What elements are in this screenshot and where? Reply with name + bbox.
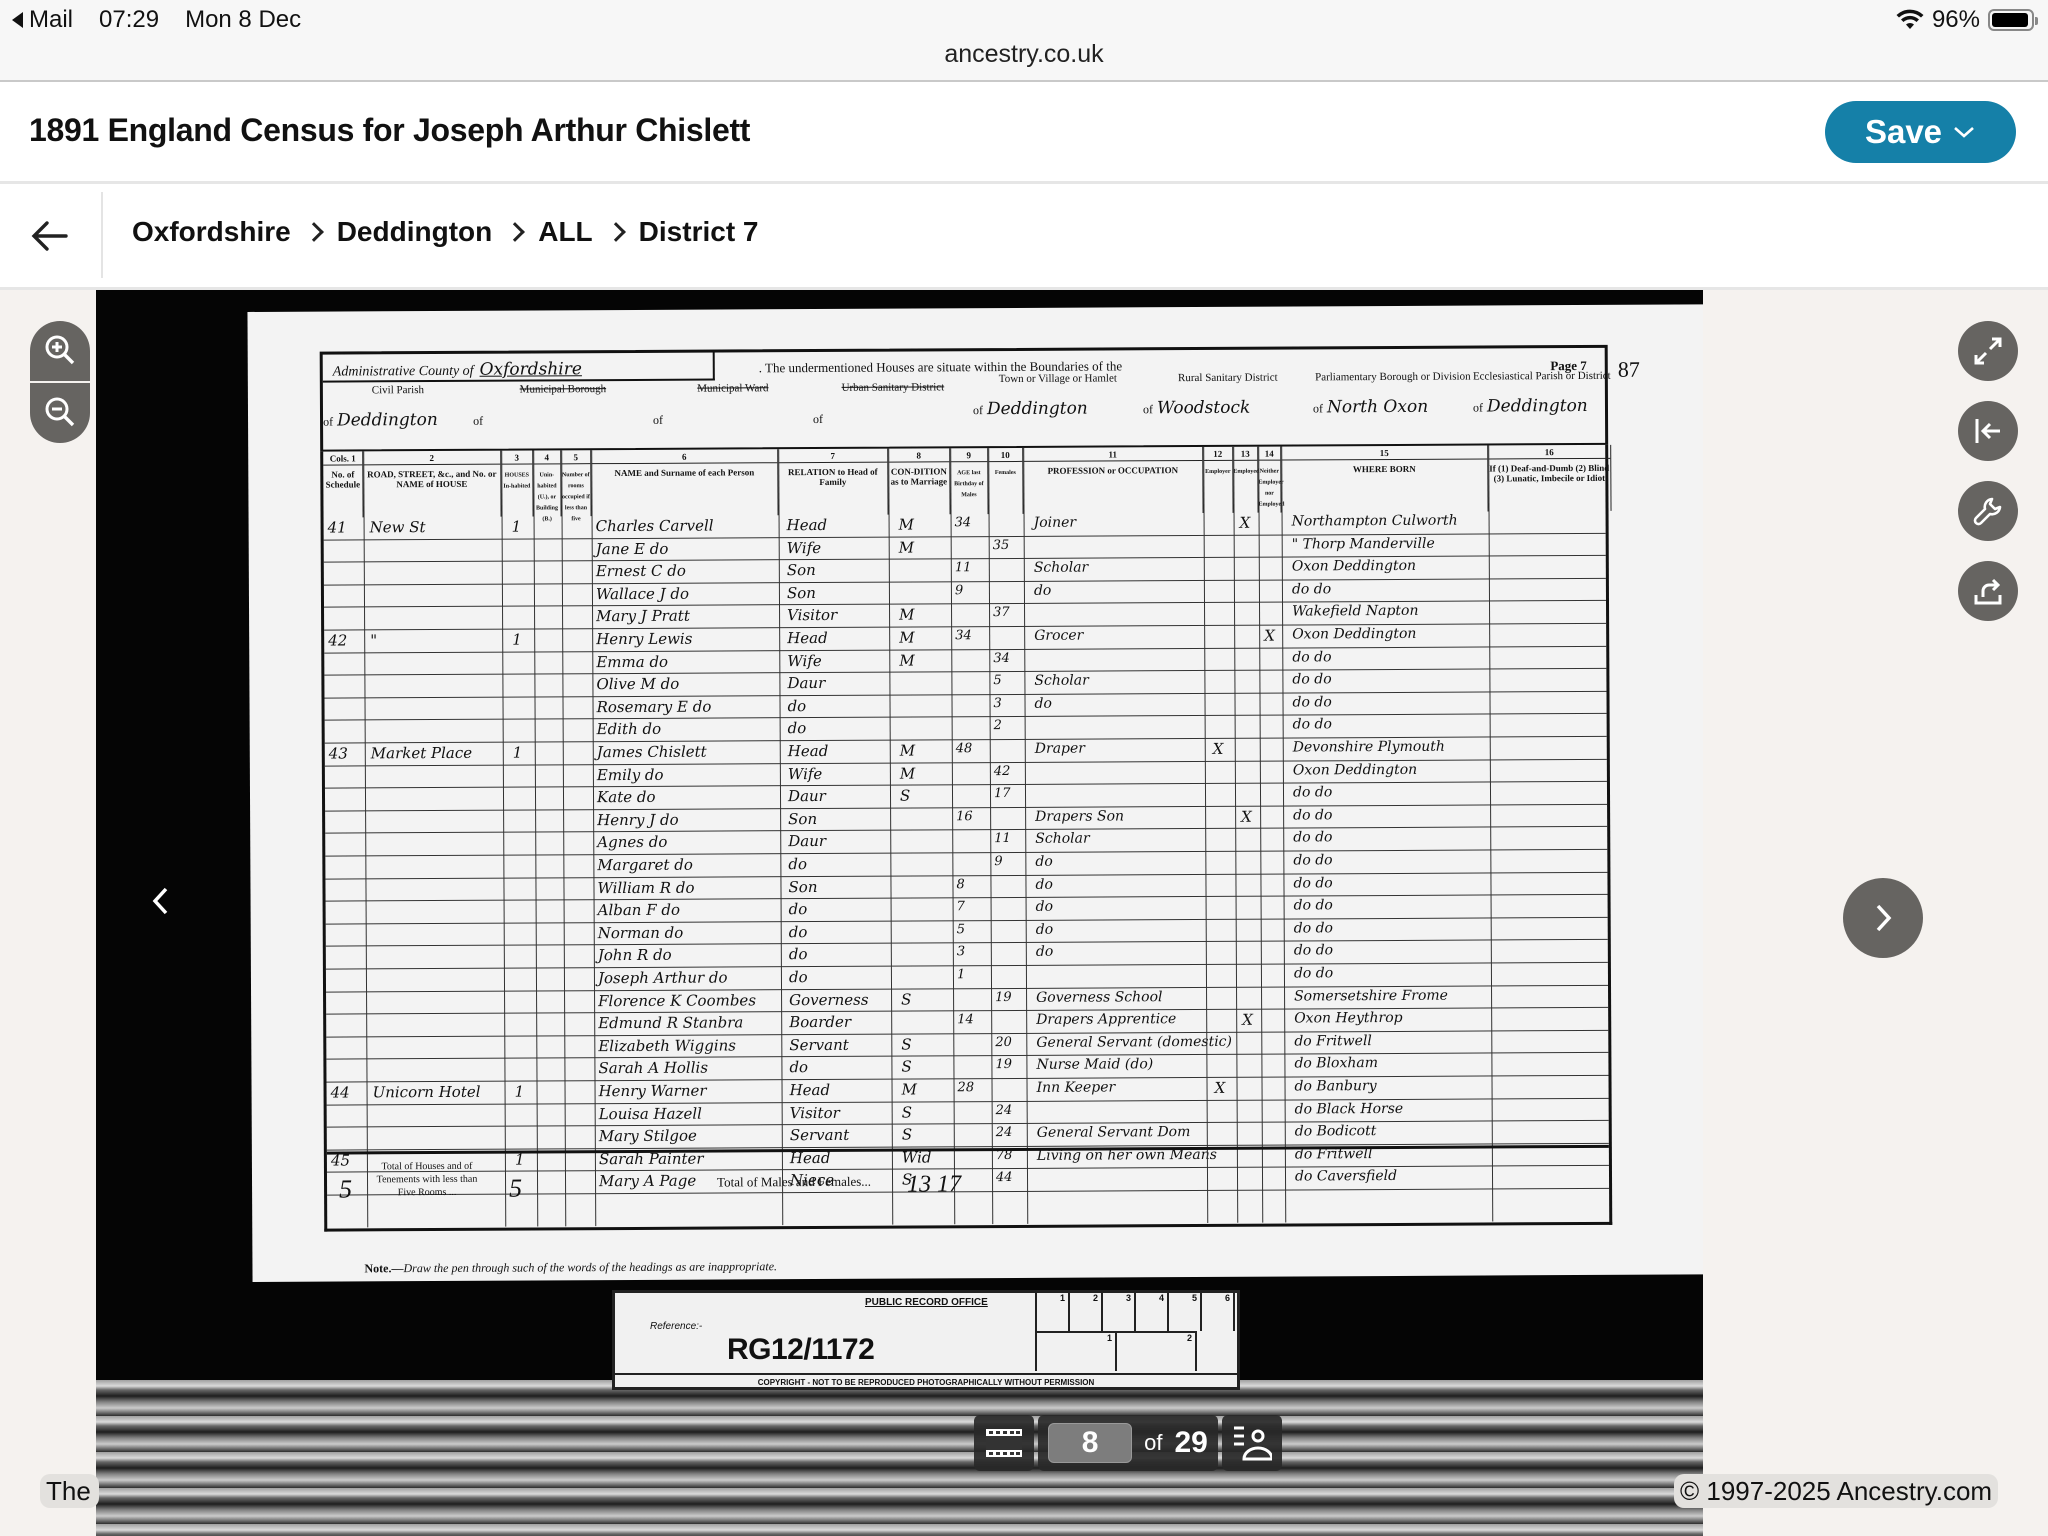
cell-male: 7 <box>957 899 965 914</box>
breadcrumb-bar: Oxfordshire Deddington ALL District 7 <box>0 184 2048 290</box>
cell-rel: Son <box>787 584 816 602</box>
cell-name: Edith do <box>597 720 662 738</box>
chevron-right-icon <box>505 222 525 242</box>
cell-born: " Thorp Manderville <box>1292 535 1435 552</box>
cell-inh: 1 <box>512 518 522 536</box>
cell-male: 16 <box>956 809 973 824</box>
cell-born: Oxon Deddington <box>1292 558 1416 575</box>
column-header: 3HOUSES In-habited <box>501 450 533 516</box>
cell-address: Market Place <box>371 744 472 763</box>
cell-rel: do <box>789 900 808 918</box>
cell-rel: Head <box>787 629 828 647</box>
scale-mark: 2 <box>1070 1293 1103 1331</box>
boundary-field: Rural Sanitary DistrictofWoodstock <box>1143 371 1313 418</box>
cell-born: do do <box>1292 694 1331 710</box>
boundary-field: Municipal Wardof <box>653 382 813 429</box>
cell-born: do do <box>1294 920 1333 936</box>
url-bar[interactable]: ancestry.co.uk <box>0 40 2048 69</box>
cell-rel: do <box>789 968 808 986</box>
cell-name: Florence K Coombes <box>598 991 756 1010</box>
cell-born: Northampton Culworth <box>1292 513 1458 530</box>
cell-sched: 41 <box>328 518 347 536</box>
cell-rel: do <box>788 855 807 873</box>
record-header: 1891 England Census for Joseph Arthur Ch… <box>0 82 2048 184</box>
total-schedules: 5 <box>339 1174 352 1204</box>
next-image-button[interactable] <box>1843 878 1923 958</box>
cell-male: 34 <box>955 515 972 530</box>
cell-born: do do <box>1292 671 1331 687</box>
cell-rel: Daur <box>788 832 826 850</box>
cell-born: do Bloxham <box>1294 1055 1378 1071</box>
cell-born: do do <box>1292 649 1331 665</box>
cell-cond: S <box>901 990 911 1008</box>
page-number-input[interactable] <box>1048 1423 1132 1463</box>
breadcrumb-item-district[interactable]: District 7 <box>639 216 759 248</box>
cell-born: do do <box>1293 852 1332 868</box>
cell-cond: M <box>900 764 915 782</box>
cell-rel: Head <box>790 1081 831 1099</box>
chevron-left-icon <box>148 883 172 919</box>
cell-sched: 42 <box>328 631 347 649</box>
cell-rel: do <box>789 1058 808 1076</box>
cell-empd: X <box>1240 514 1251 532</box>
cell-name: Kate do <box>597 788 656 806</box>
cell-female: 19 <box>995 990 1012 1005</box>
pro-reference-label: Reference:- <box>650 1321 702 1332</box>
cell-born: Oxon Deddington <box>1292 626 1416 643</box>
cell-emp: X <box>1213 740 1224 758</box>
cell-rel: Daur <box>787 674 825 692</box>
cell-born: Oxon Deddington <box>1293 761 1417 778</box>
cell-rel: Wife <box>787 652 821 670</box>
cell-born: do do <box>1294 965 1333 981</box>
boundary-field: Ecclesiastical Parish or DistrictofDeddi… <box>1473 370 1611 417</box>
share-button[interactable] <box>1958 561 2018 621</box>
cell-rel: Governess <box>789 990 869 1008</box>
people-index-button[interactable] <box>1222 1415 1282 1471</box>
cell-female: 37 <box>993 605 1010 620</box>
total-pages: 29 <box>1174 1426 1207 1460</box>
cell-name: Jane E do <box>596 539 669 557</box>
cell-name: Henry Lewis <box>596 630 692 649</box>
totals-row: 5 Total of Houses and of Tenements with … <box>327 1145 1609 1228</box>
cell-female: 9 <box>994 854 1002 869</box>
cell-occ: Grocer <box>1034 628 1083 644</box>
wifi-icon <box>1896 9 1924 31</box>
cell-male: 11 <box>955 560 972 575</box>
zoom-in-icon <box>43 333 77 367</box>
page-counter: of 29 <box>1038 1415 1218 1471</box>
cell-female: 42 <box>994 764 1011 779</box>
cell-born: do Fritwell <box>1294 1033 1372 1049</box>
save-button[interactable]: Save <box>1825 101 2016 163</box>
cell-rel: do <box>789 923 808 941</box>
previous-image-button[interactable] <box>140 882 180 922</box>
cell-name: Elizabeth Wiggins <box>598 1036 736 1055</box>
cell-born: Somersetshire Frome <box>1294 987 1448 1004</box>
breadcrumb: Oxfordshire Deddington ALL District 7 <box>132 216 759 248</box>
cell-name: Joseph Arthur do <box>598 968 728 987</box>
cell-born: do do <box>1293 830 1332 846</box>
cell-name: Emily do <box>597 765 664 783</box>
cell-name: Mary Stilgoe <box>599 1127 697 1146</box>
census-image[interactable]: Administrative County ofOxfordshire . Th… <box>96 290 1703 1536</box>
cell-male: 34 <box>955 628 972 643</box>
cell-name: Olive M do <box>596 675 679 693</box>
document-header-box: Administrative County ofOxfordshire . Th… <box>320 345 1609 452</box>
cell-born: do Banbury <box>1294 1078 1376 1094</box>
scale-mark: 1 <box>1037 1331 1117 1371</box>
cell-rel: Son <box>788 878 817 896</box>
cell-rel: Servant <box>790 1126 850 1144</box>
cell-rel: Wife <box>788 765 822 783</box>
folio-number: 87 <box>1618 357 1640 383</box>
cell-sched: 44 <box>331 1083 350 1101</box>
battery-percent: 96% <box>1932 6 1980 34</box>
cell-female: 24 <box>996 1103 1013 1118</box>
cell-born: Devonshire Plymouth <box>1293 739 1445 756</box>
total-males: 13 <box>907 1171 931 1198</box>
cell-name: Henry Warner <box>599 1082 707 1101</box>
cell-occ: Scholar <box>1034 560 1088 576</box>
cell-female: 19 <box>995 1057 1012 1072</box>
wrench-icon <box>1972 495 2004 527</box>
public-record-office-label: PUBLIC RECORD OFFICE Reference:- RG12/11… <box>612 1290 1240 1390</box>
chevron-right-icon <box>1871 900 1895 936</box>
scale-mark: 3 <box>1103 1293 1136 1331</box>
cell-male: 48 <box>956 741 973 756</box>
cell-cond: M <box>899 606 914 624</box>
breadcrumb-item-parish[interactable]: Deddington <box>337 216 493 248</box>
admin-county: Administrative County ofOxfordshire <box>333 359 582 380</box>
cell-male: 8 <box>956 877 964 892</box>
cell-occ: Draper <box>1035 741 1085 757</box>
filmstrip-icon <box>985 1428 1023 1458</box>
cell-name: Sarah A Hollis <box>598 1059 708 1078</box>
back-app-label: Mail <box>29 6 73 34</box>
cell-occ: Drapers Apprentice <box>1036 1011 1176 1028</box>
cell-female: 34 <box>993 651 1010 666</box>
cell-occ: Nurse Maid (do) <box>1036 1057 1153 1074</box>
cell-occ: Joiner <box>1034 515 1077 531</box>
cell-cond: M <box>902 1080 917 1098</box>
cell-born: do Bodicott <box>1295 1123 1377 1139</box>
cell-rel: do <box>789 945 808 963</box>
total-houses: 5 <box>509 1174 522 1204</box>
cell-female: 3 <box>993 696 1001 711</box>
cell-cond: M <box>900 741 915 759</box>
cell-cond: S <box>902 1103 912 1121</box>
cell-name: Norman do <box>598 923 684 941</box>
cell-rel: Head <box>788 742 829 760</box>
cell-name: John R do <box>598 946 672 964</box>
cell-occ: General Servant Dom <box>1037 1124 1191 1141</box>
cell-inh: 1 <box>512 631 522 649</box>
viewer-tools <box>1958 321 2018 621</box>
cell-born: do do <box>1293 875 1332 891</box>
cell-rel: Daur <box>788 787 826 805</box>
cell-rel: Visitor <box>787 606 837 624</box>
chevron-right-icon <box>606 222 626 242</box>
pro-copyright: COPYRIGHT - NOT TO BE REPRODUCED PHOTOGR… <box>615 1373 1237 1389</box>
zoom-in-button[interactable] <box>30 321 90 381</box>
cell-occ: Inn Keeper <box>1037 1079 1116 1095</box>
page-title: 1891 England Census for Joseph Arthur Ch… <box>29 112 750 149</box>
cell-name: Charles Carvell <box>596 517 714 536</box>
save-button-label: Save <box>1865 113 1942 151</box>
page-navigator: of 29 <box>974 1415 1282 1471</box>
zoom-out-icon <box>43 395 77 429</box>
image-caption: The <box>40 1474 99 1508</box>
filmstrip-button[interactable] <box>974 1415 1034 1471</box>
cell-occ: Scholar <box>1035 831 1089 847</box>
scale-mark: 2 <box>1117 1331 1197 1371</box>
boundary-field: Town or Village or HamletofDeddington <box>973 372 1143 419</box>
cell-male: 3 <box>957 945 965 960</box>
cell-name: Wallace J do <box>596 584 689 602</box>
cell-inh: 1 <box>515 1083 525 1101</box>
cell-male: 1 <box>957 967 965 982</box>
divider <box>101 192 103 278</box>
image-viewer: Administrative County ofOxfordshire . Th… <box>0 290 2048 1536</box>
cell-occ: Drapers Son <box>1035 808 1124 824</box>
cell-name: Alban F do <box>598 901 681 919</box>
total-houses-label: Total of Houses and of Tenements with le… <box>367 1160 487 1200</box>
people-list-icon <box>1232 1425 1272 1461</box>
cell-occ: General Servant (domestic) <box>1036 1034 1232 1051</box>
cell-occ: do <box>1036 899 1053 915</box>
cell-born: do Black Horse <box>1295 1101 1404 1118</box>
cell-born: do do <box>1294 943 1333 959</box>
column-header: 2ROAD, STREET, &c., and No. or NAME of H… <box>363 451 501 518</box>
cell-name: Rosemary E do <box>596 697 711 716</box>
cell-female: 11 <box>994 831 1011 846</box>
cell-emp: X <box>1214 1079 1225 1097</box>
cell-cond: M <box>899 628 914 646</box>
cell-born: do do <box>1293 784 1332 800</box>
breadcrumb-item-all[interactable]: ALL <box>538 216 592 248</box>
cell-name: Edmund R Stanbra <box>598 1014 743 1033</box>
cell-occ: do <box>1036 922 1053 938</box>
column-header: 13Employed <box>1233 447 1258 513</box>
census-page: Administrative County ofOxfordshire . Th… <box>247 304 1703 1282</box>
column-header: 6NAME and Surname of each Person <box>591 449 778 516</box>
cell-cond: M <box>899 651 914 669</box>
back-button[interactable] <box>22 208 78 264</box>
cell-occ: do <box>1034 583 1051 599</box>
cell-address: Unicorn Hotel <box>373 1083 481 1102</box>
cell-occ: do <box>1035 876 1052 892</box>
cell-rel: Son <box>787 561 816 579</box>
cell-empd: X <box>1241 808 1252 826</box>
cell-male: 9 <box>955 583 963 598</box>
status-time: 07:29 <box>99 6 159 34</box>
cell-occ: do <box>1035 854 1052 870</box>
cell-female: 20 <box>995 1035 1012 1050</box>
cell-male: 5 <box>957 922 965 937</box>
cell-male: 14 <box>957 1012 974 1027</box>
cell-inh: 1 <box>513 744 523 762</box>
cell-name: Henry J do <box>597 811 679 829</box>
scale-mark: 5 <box>1169 1293 1202 1331</box>
cell-name: William R do <box>597 878 694 897</box>
cell-name: Mary J Pratt <box>596 607 690 625</box>
cell-born: do do <box>1294 897 1333 913</box>
cell-address: " <box>370 631 377 649</box>
arrow-left-icon <box>30 219 70 253</box>
column-header: Cols. 1No. of Schedule <box>323 451 363 517</box>
cell-born: Oxon Heythrop <box>1294 1010 1402 1027</box>
total-females: 17 <box>937 1171 961 1198</box>
cell-female: 35 <box>993 538 1010 553</box>
breadcrumb-item-county[interactable]: Oxfordshire <box>132 216 291 248</box>
cell-occ: Governess School <box>1036 989 1162 1006</box>
column-header: 10Females <box>988 448 1023 514</box>
cell-name: Margaret do <box>597 856 693 874</box>
expand-icon <box>1972 335 2004 367</box>
cell-cond: S <box>901 1058 911 1076</box>
column-header: 9AGE last Birthday of Males <box>950 448 988 514</box>
cell-rel: do <box>788 719 807 737</box>
cell-name: Emma do <box>596 652 668 670</box>
back-to-mail-link[interactable]: Mail <box>12 6 73 34</box>
census-table: Cols. 1No. of Schedule2ROAD, STREET, &c.… <box>320 445 1612 1232</box>
cell-rel: Boarder <box>789 1013 851 1031</box>
zoom-out-button[interactable] <box>30 383 90 443</box>
cell-female: 17 <box>994 786 1011 801</box>
cell-occ: do <box>1034 696 1051 712</box>
collapse-panel-icon <box>1972 415 2004 447</box>
boundary-field: Civil ParishofDeddington <box>323 384 473 431</box>
cell-name: Ernest C do <box>596 562 686 580</box>
cell-rel: do <box>787 697 806 715</box>
chevron-right-icon <box>304 222 324 242</box>
cell-sched: 43 <box>329 744 348 762</box>
share-icon <box>1972 575 2004 607</box>
cell-born: Wakefield Napton <box>1292 603 1419 620</box>
column-header: 8CON-DITION as to Marriage <box>888 448 950 514</box>
cell-female: 2 <box>994 718 1002 733</box>
status-bar: Mail 07:29 Mon 8 Dec 96% ancestry.co.uk <box>0 0 2048 82</box>
tools-button[interactable] <box>1958 481 2018 541</box>
cell-female: 24 <box>996 1125 1013 1140</box>
scale-mark: 1 <box>1037 1293 1070 1331</box>
film-edge <box>96 1380 1703 1536</box>
cell-cond: S <box>901 1035 911 1053</box>
column-header: 5Number of rooms occupied if less than f… <box>561 450 591 516</box>
cell-name: Louisa Hazell <box>599 1104 702 1123</box>
cell-rel: Son <box>788 810 817 828</box>
total-persons-label: Total of Males and Females... <box>717 1174 871 1191</box>
column-header: 14Neither Employer nor Employed <box>1258 447 1281 513</box>
column-header: 16If (1) Deaf-and-Dumb (2) Blind (3) Lun… <box>1488 445 1611 512</box>
fullscreen-button[interactable] <box>1958 321 2018 381</box>
cell-cond: M <box>899 515 914 533</box>
cell-cond: S <box>902 1126 912 1144</box>
document-note: Note.—Draw the pen through such of the w… <box>364 1259 777 1276</box>
column-header: 7RELATION to Head of Family <box>778 449 888 516</box>
column-header: 12Employer <box>1203 447 1233 513</box>
column-header: 15WHERE BORN <box>1281 445 1488 512</box>
scale-mark: 6 <box>1202 1293 1235 1331</box>
pro-title: PUBLIC RECORD OFFICE <box>865 1297 988 1308</box>
column-header: 4Unin-habited (U.), or Building (B.) <box>533 450 561 516</box>
boundary-field: Urban Sanitary Districtof <box>813 381 973 428</box>
chevron-down-icon <box>1952 124 1976 140</box>
cell-empd: X <box>1242 1011 1253 1029</box>
zoom-controls <box>30 321 90 443</box>
column-header: 11PROFESSION or OCCUPATION <box>1023 447 1203 514</box>
scale-ruler: 12345612 <box>1035 1293 1237 1371</box>
cell-born: do do <box>1293 717 1332 733</box>
battery-icon <box>1988 9 2034 31</box>
collapse-panel-button[interactable] <box>1958 401 2018 461</box>
cell-occ: Scholar <box>1034 673 1088 689</box>
cell-born: do do <box>1292 581 1331 597</box>
scale-mark: 4 <box>1136 1293 1169 1331</box>
copyright-notice: © 1997-2025 Ancestry.com <box>1674 1474 1998 1508</box>
cell-name: James Chislett <box>597 743 707 762</box>
cell-occ: do <box>1036 944 1053 960</box>
pro-reference: RG12/1172 <box>727 1333 874 1367</box>
cell-born: do do <box>1293 807 1332 823</box>
cell-rel: Servant <box>789 1036 849 1054</box>
cell-male: 28 <box>958 1080 975 1095</box>
cell-nei: X <box>1264 627 1275 645</box>
boundary-field: Municipal Boroughof <box>473 383 653 430</box>
cell-cond: M <box>899 538 914 556</box>
cell-rel: Visitor <box>790 1103 840 1121</box>
cell-female: 5 <box>993 673 1001 688</box>
cell-cond: S <box>900 787 910 805</box>
status-date: Mon 8 Dec <box>185 6 301 34</box>
cell-address: New St <box>370 518 426 536</box>
back-triangle-icon <box>12 12 23 28</box>
cell-name: Agnes do <box>597 833 667 851</box>
cell-rel: Wife <box>787 539 821 557</box>
of-label: of <box>1144 1430 1162 1456</box>
cell-rel: Head <box>787 516 828 534</box>
boundary-field: Parliamentary Borough or DivisionofNorth… <box>1313 371 1473 418</box>
